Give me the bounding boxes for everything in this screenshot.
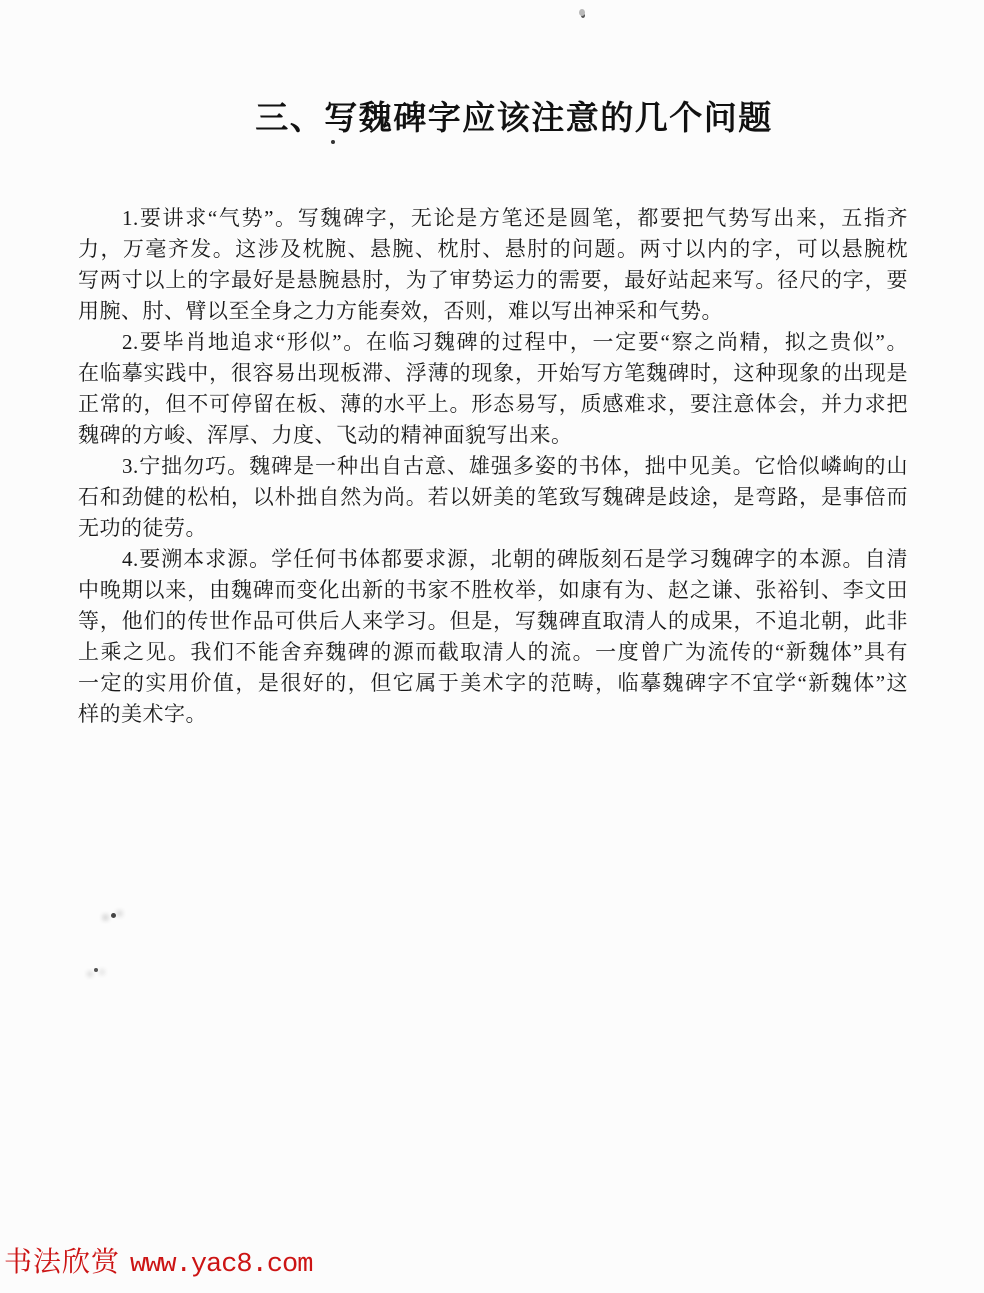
text-line-p4-l3: 等，他们的传世作品可供后人来学习。但是，写魏碑直取清人的成果，不追北朝，此非 [78, 606, 908, 637]
watermark-url: www.yac8.com [130, 1250, 312, 1280]
scan-speck [111, 913, 116, 918]
text-line-p2-l3: 正常的，但不可停留在板、薄的水平上。形态易写，质感难求，要注意体会，并力求把 [78, 389, 908, 420]
text-line-p3-l1: 3.宁拙勿巧。魏碑是一种出自古意、雄强多姿的书体，拙中见美。它恰似嶙峋的山 [78, 451, 908, 482]
text-line-p3-l2: 石和劲健的松柏，以朴拙自然为尚。若以妍美的笔致写魏碑是歧途，是弯路，是事倍而 [78, 482, 908, 513]
scan-speck [331, 140, 335, 144]
text-line-p2-l4: 魏碑的方峻、浑厚、力度、飞动的精神面貌写出来。 [78, 420, 908, 451]
text-line-p4-l6: 样的美术字。 [78, 699, 908, 730]
text-line-p2-l1: 2.要毕肖地追求“形似”。在临习魏碑的过程中，一定要“察之尚精，拟之贵似”。 [78, 327, 908, 358]
scan-speck [579, 9, 585, 16]
text-line-p1-l2: 力，万毫齐发。这涉及枕腕、悬腕、枕肘、悬肘的问题。两寸以内的字，可以悬腕枕肘。 [78, 234, 908, 265]
text-line-p4-l5: 一定的实用价值，是很好的，但它属于美术字的范畴，临摹魏碑字不宜学“新魏体”这 [78, 668, 908, 699]
document-body: 1.要讲求“气势”。写魏碑字，无论是方笔还是圆笔，都要把气势写出来，五指齐力，万… [78, 203, 908, 730]
text-line-p3-l3: 无功的徒劳。 [78, 513, 908, 544]
scanned-book-page: 三、写魏碑字应该注意的几个问题 1.要讲求“气势”。写魏碑字，无论是方笔还是圆笔… [0, 0, 984, 1293]
watermark-site-name: 书法欣赏 [4, 1247, 120, 1278]
text-line-p1-l1: 1.要讲求“气势”。写魏碑字，无论是方笔还是圆笔，都要把气势写出来，五指齐 [78, 203, 908, 234]
watermark: 书法欣赏www.yac8.com [4, 1240, 312, 1280]
page-title: 三、写魏碑字应该注意的几个问题 [0, 92, 984, 139]
text-line-p4-l4: 上乘之见。我们不能舍弃魏碑的源而截取清人的流。一度曾广为流传的“新魏体”具有 [78, 637, 908, 668]
text-line-p1-l4: 用腕、肘、臂以至全身之力方能奏效，否则，难以写出神采和气势。 [78, 296, 908, 327]
text-line-p4-l1: 4.要溯本求源。学任何书体都要求源，北朝的碑版刻石是学习魏碑字的本源。自清 [78, 544, 908, 575]
text-line-p4-l2: 中晚期以来，由魏碑而变化出新的书家不胜枚举，如康有为、赵之谦、张裕钊、李文田 [78, 575, 908, 606]
text-line-p1-l3: 写两寸以上的字最好是悬腕悬肘，为了审势运力的需要，最好站起来写。径尺的字，要 [78, 265, 908, 296]
text-line-p2-l2: 在临摹实践中，很容易出现板滞、浮薄的现象，开始写方笔魏碑时，这种现象的出现是 [78, 358, 908, 389]
scan-speck [94, 968, 98, 972]
